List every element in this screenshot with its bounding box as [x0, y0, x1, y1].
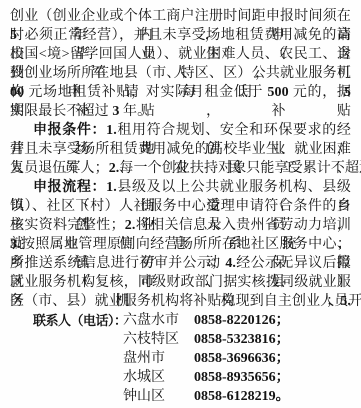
contact-section: 联系人（电话）：六盘水市0858-8220126；六枝特区0858-532381…: [10, 311, 351, 406]
text-run: 2.: [125, 218, 136, 233]
text-line: 00 元场地租赁补贴，对实际月租金低于 500 元的，据实补贴，补贴: [10, 83, 351, 102]
text-run: 核实资料完整性；: [10, 218, 125, 233]
contact-row: 盘州市0858-3696636；: [10, 349, 351, 368]
contact-row: 水城区0858-8935656；: [10, 368, 351, 387]
text-line: 所推送系统信息进行初审并公示；4.经公示无异议后报区（市、县）: [10, 254, 351, 273]
text-run: 00: [10, 85, 24, 100]
contact-city: 盘州市: [123, 349, 165, 368]
paragraph: 申报条件：1.租用符合规划、安全和环保要求的经营场地创业，并且未享受场所租赁费用…: [10, 121, 351, 178]
contacts-label: 联系人（电话）：: [33, 311, 127, 330]
text-line: 就业服务机构复核，同级财政部门据实核拨同级就业服务机构；5.: [10, 273, 351, 292]
text-line: 时必须正常经营），并且未享受场地租赁费用减免的高校毕业生（含: [10, 26, 351, 45]
contact-row: 联系人（电话）：六盘水市0858-8220126；: [10, 311, 351, 330]
text-line: 到创业场所所在地县（市、特区、区）公共就业服务机构申请每月 5: [10, 64, 351, 83]
text-line: 3.按照属地管理原则向经营场所所在地社区服务中心、乡镇劳动保障: [10, 235, 351, 254]
document-body: 创业（创业企业或个体工商户注册时间距申报时间须在 5 年内，申请时必须正常经营）…: [10, 7, 351, 311]
text-line: 创业（创业企业或个体工商户注册时间距申报时间须在 5 年内，申请: [10, 7, 351, 26]
text-run: 申报流程：: [33, 180, 106, 195]
contact-phone: 0858-5323816；: [194, 330, 290, 349]
text-run: 1.: [106, 180, 117, 195]
text-run: 年。: [119, 104, 151, 119]
text-run: 2.: [109, 161, 120, 176]
contact-city: 六盘水市: [123, 311, 179, 330]
text-line: 镇）、社区（村）人社服务中心受理申请符合条件的自主创业人员，: [10, 197, 351, 216]
text-run: 每一个创业扶持对象只能享受累计不超过: [119, 161, 361, 176]
document-page: 创业（创业企业或个体工商户注册时间距申报时间须在 5 年内，申请时必须正常经营）…: [0, 0, 361, 408]
text-line: 复员退伍军人；2.每一个创业扶持对象只能享受累计不超过 3 年。: [10, 159, 351, 178]
text-run: 4.: [225, 256, 236, 271]
text-run: 1.: [106, 123, 117, 138]
contact-row: 钟山区0858-6128219。: [10, 387, 351, 406]
contact-city: 六枝特区: [123, 330, 179, 349]
text-run: 期限最长不超过: [10, 104, 112, 119]
contact-phone: 0858-3696636；: [194, 349, 290, 368]
text-run: 区（市、县）就业服务机构将补贴兑现到自主创业人员开设的账户上。: [10, 294, 361, 309]
contact-city: 钟山区: [123, 387, 165, 406]
contact-row: 六枝特区0858-5323816；: [10, 330, 351, 349]
text-run: 500: [267, 85, 288, 100]
text-line: 出国<境>留学回国人员）、就业困难人员、农民工、退役军人，可: [10, 45, 351, 64]
text-run: 元场地租赁补贴，对实际月租金低于: [24, 85, 267, 100]
text-run: 创业（创业企业或个体工商户注册时间距申报时间须在: [10, 9, 351, 24]
text-line: 申报条件：1.租用符合规划、安全和环保要求的经营场地创业，: [10, 121, 351, 140]
text-line: 核实资料完整性；2.将相关信息录入贵州省劳动力培训就业信息系统；: [10, 216, 351, 235]
text-line: 区（市、县）就业服务机构将补贴兑现到自主创业人员开设的账户上。: [10, 292, 351, 311]
paragraph: 申报流程：1.县级及以上公共就业服务机构、县级以下街道（乡镇）、社区（村）人社服…: [10, 178, 351, 311]
contact-phone: 0858-6128219。: [194, 387, 290, 406]
text-line: 并且未享受场所租赁费用减免的高校毕业生、就业困难人员、农民工、: [10, 140, 351, 159]
paragraph: 创业（创业企业或个体工商户注册时间距申报时间须在 5 年内，申请时必须正常经营）…: [10, 7, 351, 121]
contact-phone: 0858-8220126；: [194, 311, 290, 330]
text-run: 3.: [10, 237, 21, 252]
contact-phone: 0858-8935656；: [194, 368, 290, 387]
contact-city: 水城区: [123, 368, 165, 387]
text-run: 申报条件：: [33, 123, 106, 138]
text-run: 复员退伍军人；: [10, 161, 109, 176]
text-line: 申报流程：1.县级及以上公共就业服务机构、县级以下街道（乡: [10, 178, 351, 197]
text-run: 所推送系统信息进行初审并公示；: [10, 256, 225, 271]
